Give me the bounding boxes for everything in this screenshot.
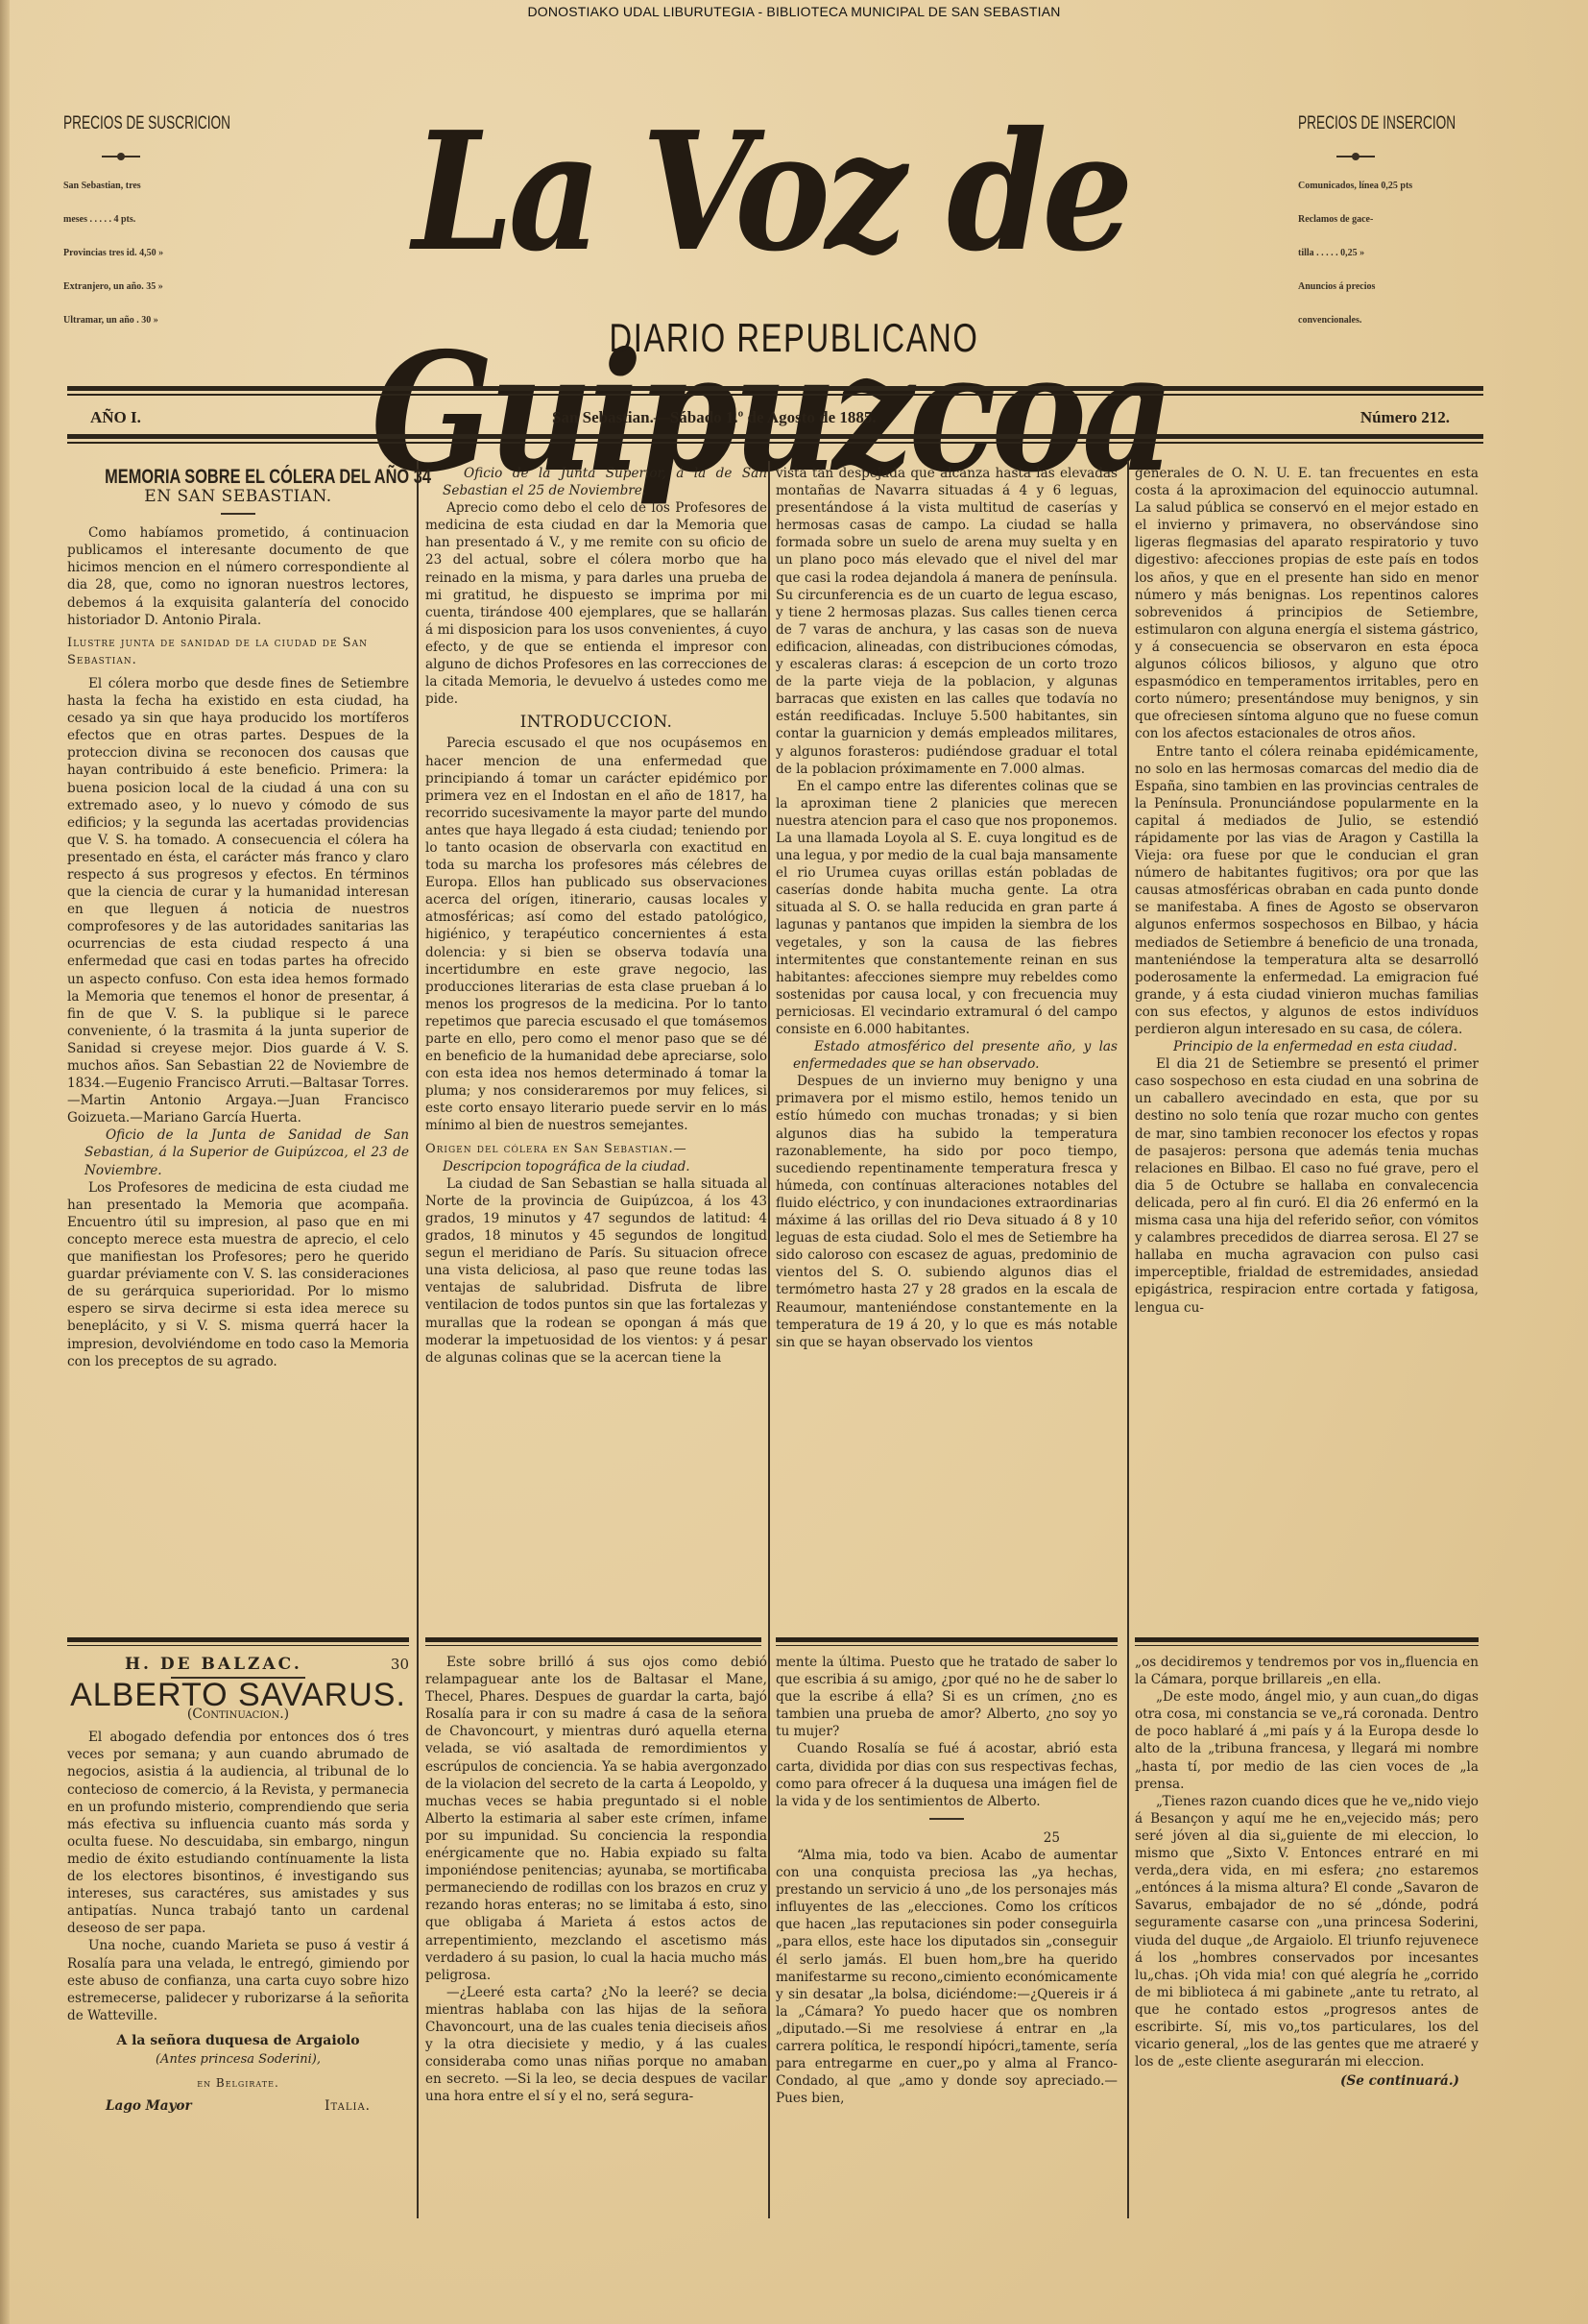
article-paragraph: El dia 21 de Setiembre se presentó el pr… [1135, 1055, 1479, 1316]
section-heading: Principio de la enfermedad en esta ciuda… [1135, 1038, 1479, 1055]
price-line: Anuncios á precios [1298, 281, 1480, 292]
folletin-column-1: H. DE BALZAC. 30 ALBERTO SAVARUS. (Conti… [67, 1650, 409, 2115]
price-line: San Sebastian, tres [63, 181, 246, 191]
folletin-rule [776, 1645, 1118, 1646]
memoria-column-1: MEMORIA SOBRE EL CÓLERA DEL AÑO 34 EN SA… [67, 465, 409, 1370]
section-heading: Estado atmosférico del presente año, y l… [776, 1038, 1118, 1073]
divider [929, 1818, 964, 1820]
story-paragraph: Este sobre brilló á sus ojos como debió … [425, 1654, 767, 1984]
folletin-rule [67, 1637, 409, 1642]
folletin-rule [776, 1637, 1118, 1642]
article-paragraph: Aprecio como debo el celo de los Profeso… [425, 499, 767, 708]
article-paragraph: La ciudad de San Sebastian se halla situ… [425, 1175, 767, 1367]
subscription-title: PRECIOS DE SUSCRICION [63, 113, 195, 134]
letter-addressee-note: (Antes princesa Soderini), [67, 2051, 409, 2069]
story-paragraph: Cuando Rosalía se fué á acostar, abrió e… [776, 1740, 1118, 1809]
subscription-prices: PRECIOS DE SUSCRICION San Sebastian, tre… [63, 113, 246, 326]
section-heading: Oficio de la Junta Superior, á la de San… [425, 465, 767, 499]
issue-number: Número 212. [1360, 408, 1450, 427]
letter-location: Lago Mayor Italia. [67, 2097, 409, 2115]
serial-title: ALBERTO SAVARUS. [67, 1686, 409, 1704]
article-paragraph: En el campo entre las diferentes colinas… [776, 778, 1118, 1038]
year-label: AÑO I. [90, 408, 141, 427]
price-line: Extranjero, un año. 35 » [63, 281, 246, 292]
insertion-title: PRECIOS DE INSERCION [1298, 113, 1430, 134]
story-paragraph: Una noche, cuando Marieta se puso á vest… [67, 1937, 409, 2023]
newspaper-subtitle: DIARIO REPUBLICANO [175, 315, 1413, 361]
article-paragraph: vista tan despejada que alcanza hasta la… [776, 465, 1118, 778]
letter-day: 25 [776, 1829, 1118, 1847]
masthead-rule [67, 386, 1483, 396]
column-divider [1127, 461, 1129, 2218]
article-paragraph: Entre tanto el cólera reinaba epidémicam… [1135, 743, 1479, 1039]
story-paragraph: —¿Leeré esta carta? ¿No la leeré? se dec… [425, 1984, 767, 2106]
folletin-rule [1135, 1645, 1479, 1646]
folletin-rule [67, 1645, 409, 1646]
story-paragraph: „De este modo, ángel mio, y aun cuan„do … [1135, 1688, 1479, 1793]
insertion-prices: PRECIOS DE INSERCION Comunicados, línea … [1298, 113, 1480, 326]
article-paragraph: El cólera morbo que desde fines de Setie… [67, 675, 409, 1126]
article-paragraph: Como habíamos prometido, á continuacion … [67, 524, 409, 629]
dateline-rule [67, 434, 1483, 444]
article-title: MEMORIA SOBRE EL CÓLERA DEL AÑO 34 [105, 469, 372, 486]
story-paragraph: “Alma mia, todo va bien. Acabo de aument… [776, 1847, 1118, 2107]
article-paragraph: generales de O. N. U. E. tan frecuentes … [1135, 465, 1479, 743]
price-line: Reclamos de gace- [1298, 214, 1480, 225]
memoria-column-2: Oficio de la Junta Superior, á la de San… [425, 465, 767, 1367]
article-paragraph: Los Profesores de medicina de esta ciuda… [67, 1179, 409, 1370]
folletin-rule [1135, 1637, 1479, 1642]
issue-date: San Sebastian.—Sábado 1.º de Agosto de 1… [552, 408, 877, 427]
folletin-rule [425, 1645, 761, 1646]
story-paragraph: mente la última. Puesto que he tratado d… [776, 1654, 1118, 1740]
page-edge-shadow [0, 0, 10, 2324]
price-line: Provincias tres id. 4,50 » [63, 248, 246, 258]
column-divider [417, 461, 419, 2218]
archive-credit: DONOSTIAKO UDAL LIBURUTEGIA - BIBLIOTECA… [0, 4, 1588, 19]
letter-addressee: A la señora duquesa de Argaiolo [67, 2032, 409, 2049]
memoria-column-3: vista tan despejada que alcanza hasta la… [776, 465, 1118, 1351]
section-heading: Origen del cólera en San Sebastian.— [425, 1141, 767, 1158]
section-heading: Oficio de la Junta de Sanidad de San Seb… [67, 1126, 409, 1178]
folletin-column-4: „os decidiremos y tendremos por vos in„f… [1135, 1654, 1479, 2090]
price-line: Comunicados, línea 0,25 pts [1298, 181, 1480, 191]
location-left: Lago Mayor [106, 2097, 192, 2115]
folletin-rule [425, 1637, 761, 1642]
ornament-icon [1336, 156, 1375, 157]
divider [221, 513, 255, 515]
section-heading: INTRODUCCION. [425, 714, 767, 731]
folletin-header: H. DE BALZAC. 30 [67, 1656, 409, 1673]
section-heading: Ilustre junta de sanidad de la ciudad de… [67, 635, 409, 669]
article-subtitle: EN SAN SEBASTIAN. [67, 488, 409, 505]
folletin-column-2: Este sobre brilló á sus ojos como debió … [425, 1654, 767, 2105]
story-paragraph: „os decidiremos y tendremos por vos in„f… [1135, 1654, 1479, 1688]
article-paragraph: Despues de un invierno muy benigno y una… [776, 1073, 1118, 1351]
memoria-column-4: generales de O. N. U. E. tan frecuentes … [1135, 465, 1479, 1317]
price-line: meses . . . . . 4 pts. [63, 214, 246, 225]
article-paragraph: Parecia escusado el que nos ocupásemos e… [425, 735, 767, 1134]
to-be-continued: (Se continuará.) [1135, 2072, 1479, 2090]
section-subheading: Descripcion topográfica de la ciudad. [425, 1158, 767, 1175]
location-right: Italia. [325, 2097, 371, 2115]
story-paragraph: „Tienes razon cuando dices que he ve„nid… [1135, 1793, 1479, 2071]
story-paragraph: El abogado defendia por entonces dos ó t… [67, 1729, 409, 1937]
ornament-icon [102, 156, 140, 157]
folletin-author: H. DE BALZAC. [125, 1656, 302, 1673]
folletin-column-3: mente la última. Puesto que he tratado d… [776, 1654, 1118, 2107]
installment-number: 30 [391, 1656, 409, 1673]
price-line: convencionales. [1298, 315, 1480, 326]
column-divider [768, 461, 770, 2218]
letter-place: en Belgirate. [67, 2074, 409, 2092]
price-line: tilla . . . . . 0,25 » [1298, 248, 1480, 258]
newspaper-title: La Voz de Guipuzcoa [317, 82, 1225, 303]
